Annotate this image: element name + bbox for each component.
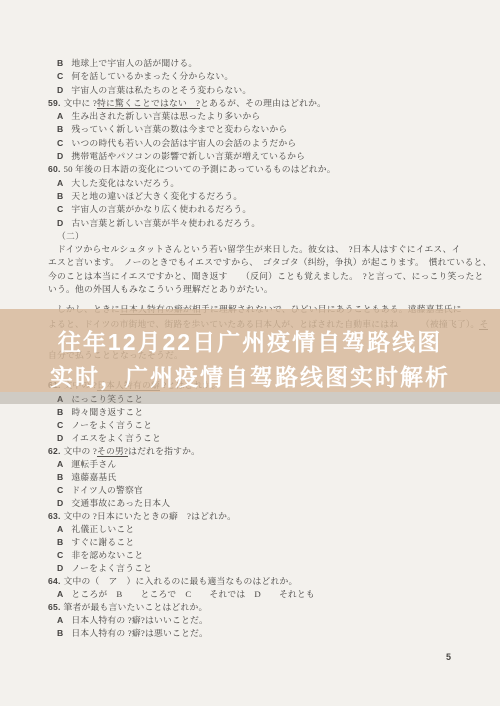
line-text: 50 年後の日本語の変化についての予測にあっているものはどれか。 [64, 164, 336, 174]
document-line: B日本人特有の ?癖?は悪いことだ。 [48, 627, 478, 640]
document-line: 64.文中の（ ア ）に入れるのに最も適当なものはどれか。 [48, 575, 478, 588]
line-text: 今のことは本当にイエスですかと、聞き返す （反问）ことも覚えました。 ?と言って… [48, 271, 483, 281]
line-text: 文中の ?日本にいたときの癖 ?はどれか。 [64, 511, 237, 521]
line-marker: 59. [48, 98, 61, 108]
line-marker: A [57, 459, 63, 469]
line-marker: D [57, 498, 63, 508]
line-text: いつの時代も若い人の会話は宇宙人の会話のようだから [71, 138, 296, 148]
document-line: Cいつの時代も若い人の会話は宇宙人の会話のようだから [48, 137, 478, 150]
page-number: 5 [446, 652, 451, 662]
document-line: C宇宙人の言葉がかなり広く使われるだろう。 [48, 203, 478, 216]
line-marker: A [57, 524, 63, 534]
line-text: 大した変化はないだろう。 [71, 178, 179, 188]
document-line: D宇宙人の言葉は私たちのとそう変わらない。 [48, 84, 478, 97]
scanned-exam-page: B地球上で宇宙人の話が聞ける。C何を話しているかまったく分からない。D宇宙人の言… [0, 0, 500, 706]
line-text: 宇宙人の言葉がかなり広く使われるだろう。 [71, 204, 251, 214]
line-marker: A [57, 111, 63, 121]
line-text: はだれを指すか。 [128, 446, 200, 456]
document-line: 今のことは本当にイエスですかと、聞き返す （反问）ことも覚えました。 ?と言って… [48, 270, 478, 283]
line-marker: D [57, 85, 63, 95]
line-marker: B [57, 472, 63, 482]
line-marker: D [57, 433, 63, 443]
line-text: いう。他の外国人もみなこういう理解だとありがたい。 [48, 284, 273, 294]
line-text: 天と地の違いほど大きく変化するだろう。 [71, 191, 242, 201]
underlined-text: その男? [97, 446, 128, 457]
document-line: 63.文中の ?日本にいたときの癖 ?はどれか。 [48, 510, 478, 523]
line-marker: C [57, 204, 63, 214]
line-text: 礼儀正しいこと [71, 524, 134, 534]
line-marker: D [57, 151, 63, 161]
banner-title-line1: 往年12月22日广州疫情自驾路线图 [0, 324, 500, 357]
line-text: ノーをよく言うこと [71, 563, 152, 573]
line-marker: A [57, 178, 63, 188]
document-line: B残っていく新しい言葉の数は今までと変わらないから [48, 123, 478, 136]
document-line: 60.50 年後の日本語の変化についての予測にあっているものはどれか。 [48, 163, 478, 176]
line-marker: 60. [48, 164, 61, 174]
line-text: 携帯電話やパソコンの影響で新しい言葉が増えているから [71, 151, 305, 161]
line-marker: B [57, 537, 63, 547]
line-marker: B [57, 191, 63, 201]
line-text: 交通事故にあった日本人 [71, 498, 170, 508]
document-line: Bすぐに謝ること [48, 536, 478, 549]
line-marker: B [57, 58, 63, 68]
document-line: A礼儀正しいこと [48, 523, 478, 536]
line-marker: C [57, 420, 63, 430]
document-line: B地球上で宇宙人の話が聞ける。 [48, 57, 478, 70]
banner-title-line2: 实时，广州疫情自驾路线图实时解析 [0, 359, 500, 392]
line-marker: 64. [48, 576, 61, 586]
document-line: 59.文中に ?特に驚くことではない ?とあるが、その理由はどれか。 [48, 97, 478, 110]
line-text: 古い言葉と新しい言葉が半々使われるだろう。 [71, 218, 260, 228]
line-marker: C [57, 71, 63, 81]
document-line: Dイエスをよく言うこと [48, 432, 478, 445]
text-block: Aにっこり笑うことB時々聞き返すことCノーをよく言うことDイエスをよく言うこと6… [48, 393, 478, 640]
line-text: 時々聞き返すこと [71, 407, 143, 417]
document-line: 62.文中の ?その男?はだれを指すか。 [48, 445, 478, 458]
line-text: 遠藤嘉基氏 [71, 472, 116, 482]
document-line: Cノーをよく言うこと [48, 419, 478, 432]
line-marker: 63. [48, 511, 61, 521]
line-text: 文中の（ ア ）に入れるのに最も適当なものはどれか。 [64, 576, 298, 586]
document-line: エスと言います。 ノーのときでもイエスですから、 ゴタゴタ（纠纷，争执）が起こり… [48, 256, 478, 269]
document-line: B遠藤嘉基氏 [48, 471, 478, 484]
line-text: ノーをよく言うこと [71, 420, 152, 430]
document-line: 65.筆者が最も言いたいことはどれか。 [48, 601, 478, 614]
line-text: エスと言います。 ノーのときでもイエスですから、 ゴタゴタ（纠纷，争执）が起こり… [48, 257, 492, 267]
line-text: すぐに謝ること [71, 537, 134, 547]
document-line: A生み出された新しい言葉は思ったより多いから [48, 110, 478, 123]
line-text: とあるが、その理由はどれか。 [200, 98, 326, 108]
document-line: B時々聞き返すこと [48, 406, 478, 419]
document-line: いう。他の外国人もみなこういう理解だとありがたい。 [48, 283, 478, 296]
line-text: 地球上で宇宙人の話が聞ける。 [71, 58, 197, 68]
line-marker: B [57, 407, 63, 417]
document-line: D古い言葉と新しい言葉が半々使われるだろう。 [48, 217, 478, 230]
line-text: 非を認めないこと [71, 550, 143, 560]
watermark-banner: 往年12月22日广州疫情自驾路线图 实时，广州疫情自驾路线图实时解析 [0, 309, 500, 392]
line-text: 文中に ? [64, 98, 98, 108]
line-marker: C [57, 485, 63, 495]
document-line: D交通事故にあった日本人 [48, 497, 478, 510]
line-text: 文中の ? [64, 446, 98, 456]
line-text: ところが B ところで C それでは D それとも [71, 589, 315, 599]
document-line: （二） [48, 230, 478, 243]
document-line: ドイツからセルシュタットさんという若い留学生が来日した。彼女は、 ?日本人はすぐ… [48, 243, 478, 256]
line-marker: A [57, 615, 63, 625]
line-text: 残っていく新しい言葉の数は今までと変わらないから [71, 124, 287, 134]
text-block: B地球上で宇宙人の話が聞ける。C何を話しているかまったく分からない。D宇宙人の言… [48, 57, 478, 296]
line-marker: A [57, 589, 63, 599]
line-text: イエスをよく言うこと [71, 433, 161, 443]
line-marker: C [57, 138, 63, 148]
document-line: D携帯電話やパソコンの影響で新しい言葉が増えているから [48, 150, 478, 163]
document-line: B天と地の違いほど大きく変化するだろう。 [48, 190, 478, 203]
banner-shadow-strip [0, 392, 500, 404]
line-text: 日本人特有の ?癖?は悪いことだ。 [71, 628, 208, 638]
document-line: Cドイツ人の警察官 [48, 484, 478, 497]
underlined-text: 特に驚くことではない ? [97, 98, 200, 109]
line-marker: B [57, 628, 63, 638]
document-line: A日本人特有の ?癖?はいいことだ。 [48, 614, 478, 627]
document-line: A大した変化はないだろう。 [48, 177, 478, 190]
document-line: C何を話しているかまったく分からない。 [48, 70, 478, 83]
line-text: 何を話しているかまったく分からない。 [71, 71, 233, 81]
line-marker: D [57, 563, 63, 573]
line-marker: B [57, 124, 63, 134]
line-text: 筆者が最も言いたいことはどれか。 [64, 602, 208, 612]
line-text: 運転手さん [71, 459, 116, 469]
document-line: Aところが B ところで C それでは D それとも [48, 588, 478, 601]
line-text: 宇宙人の言葉は私たちのとそう変わらない。 [71, 85, 251, 95]
line-text: 日本人特有の ?癖?はいいことだ。 [71, 615, 208, 625]
line-text: ドイツからセルシュタットさんという若い留学生が来日した。彼女は、 ?日本人はすぐ… [57, 244, 461, 254]
document-line: A運転手さん [48, 458, 478, 471]
line-text: ドイツ人の警察官 [71, 485, 143, 495]
document-line: C非を認めないこと [48, 549, 478, 562]
line-text: （二） [57, 231, 84, 241]
line-marker: 65. [48, 602, 61, 612]
document-line: Dノーをよく言うこと [48, 562, 478, 575]
line-marker: C [57, 550, 63, 560]
line-text: 生み出された新しい言葉は思ったより多いから [71, 111, 260, 121]
line-marker: 62. [48, 446, 61, 456]
line-marker: D [57, 218, 63, 228]
